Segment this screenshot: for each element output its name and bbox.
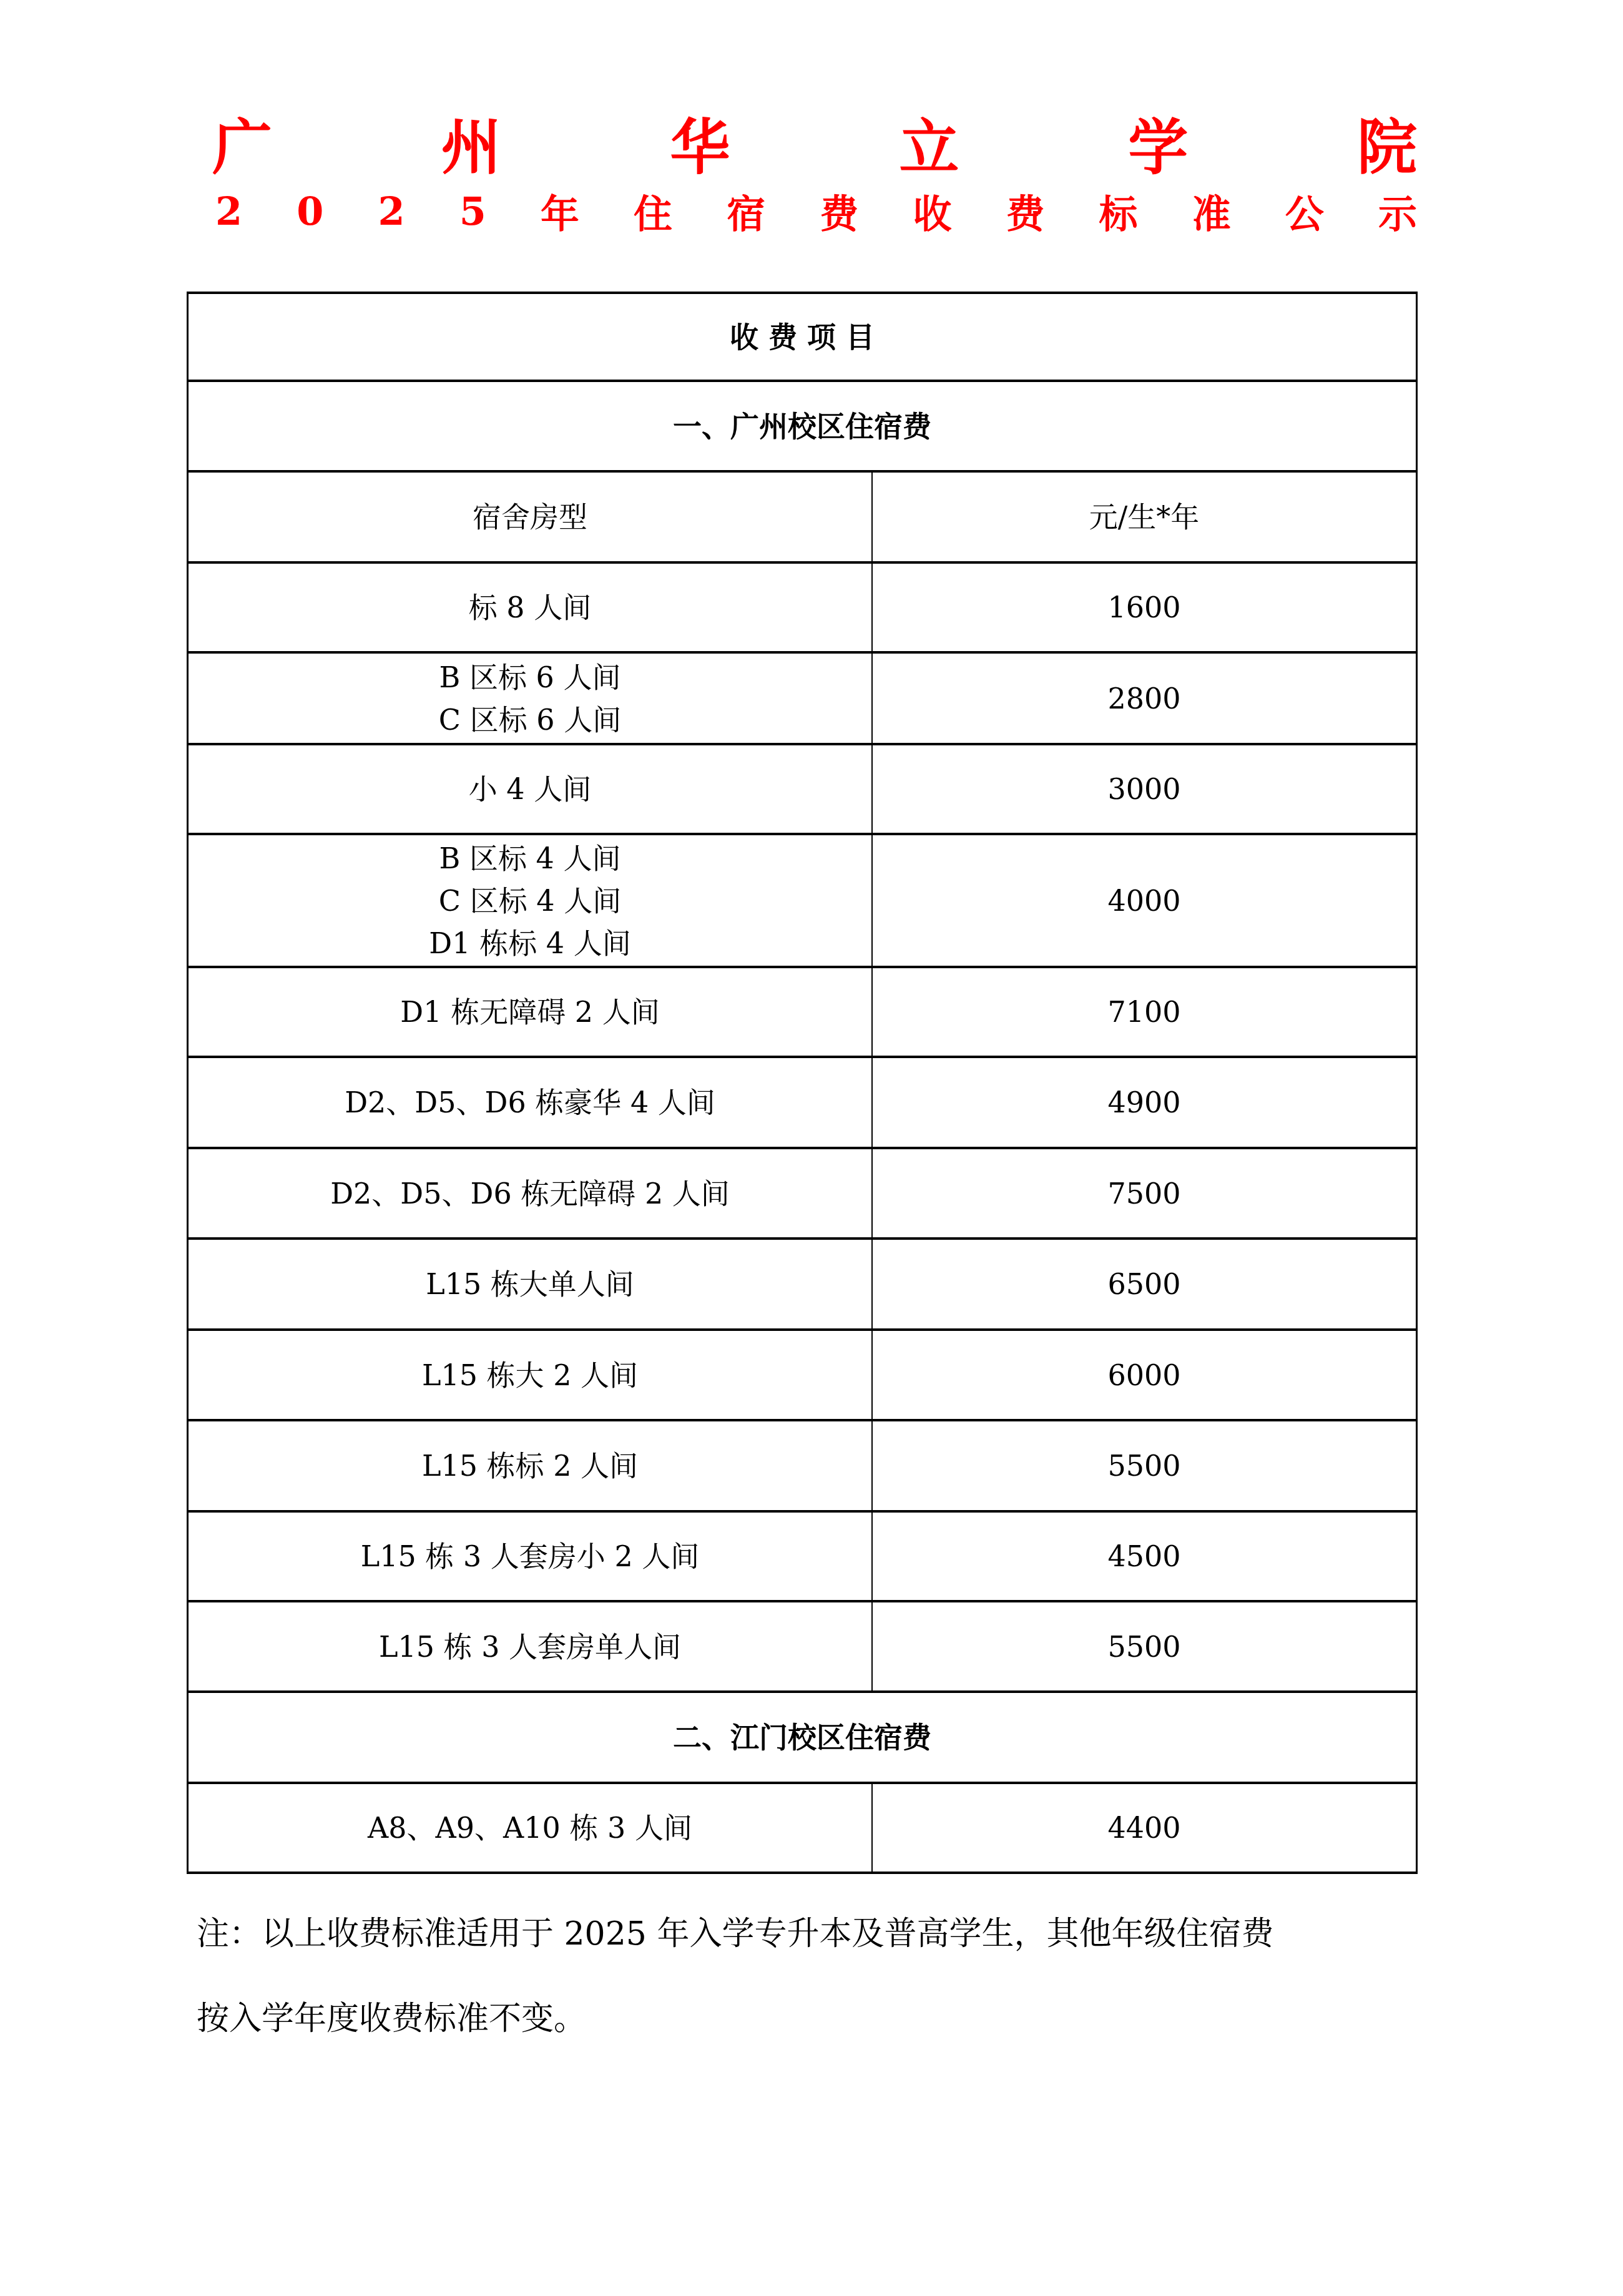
page-subtitle: 2 0 2 5 年 住 宿 费 收 费 标 准 公 示 [215,186,1417,236]
table-row: A8、A9、A10 栋 3 人间 4400 [187,1784,1418,1874]
room-type-cell: D2、D5、D6 栋无障碍 2 人间 [189,1149,873,1237]
room-type-line: B 区标 4 人间 [439,837,621,880]
subtitle-char: 住 [634,184,672,239]
page-title-institution: 广 州 华 立 学 院 [212,105,1417,180]
subtitle-char: 准 [1192,184,1231,239]
room-type-line: B 区标 6 人间 [439,656,621,699]
room-type-cell: D2、D5、D6 栋豪华 4 人间 [189,1058,873,1147]
room-type-line: D1 栋无障碍 2 人间 [400,991,659,1033]
table-row: 小 4 人间 3000 [187,745,1418,835]
room-type-cell: L15 栋 3 人套房小 2 人间 [189,1513,873,1600]
table-header-row: 收 费 项 目 [187,292,1418,382]
subtitle-char: 宿 [727,184,765,239]
room-type-line: 标 8 人间 [469,586,592,629]
title-char: 院 [1357,100,1417,185]
fee-cell: 6500 [873,1240,1416,1328]
fee-cell: 4500 [873,1513,1416,1600]
subtitle-char: 标 [1099,184,1138,239]
column-header-fee: 元/生*年 [873,473,1416,561]
room-type-line: C 区标 6 人间 [439,699,621,741]
room-type-line: L15 栋大 2 人间 [422,1354,638,1396]
subtitle-char: 0 [297,189,323,234]
room-type-line: D2、D5、D6 栋无障碍 2 人间 [330,1172,730,1215]
section-title-jiangmen: 二、江门校区住宿费 [189,1693,1416,1782]
title-char: 华 [670,100,730,185]
table-row: L15 栋 3 人套房小 2 人间 4500 [187,1513,1418,1602]
table-row: L15 栋大 2 人间 6000 [187,1331,1418,1421]
table-header: 收 费 项 目 [189,294,1416,380]
fee-cell: 5500 [873,1421,1416,1510]
fee-cell: 4400 [873,1784,1416,1872]
section-header-row: 一、广州校区住宿费 [187,382,1418,473]
footnote: 注：以上收费标准适用于 2025 年入学专升本及普高学生，其他年级住宿费 按入学… [197,1891,1433,2061]
title-char: 广 [212,100,272,185]
title-char: 州 [441,100,501,185]
subtitle-char: 2 [215,189,242,234]
fee-cell: 7500 [873,1149,1416,1237]
title-char: 学 [1128,100,1188,185]
room-type-line: L15 栋大单人间 [426,1263,634,1305]
footnote-line: 按入学年度收费标准不变。 [197,1976,1433,2061]
title-char: 立 [899,100,959,185]
subtitle-char: 年 [541,184,579,239]
subtitle-char: 费 [1006,184,1044,239]
subtitle-char: 5 [459,189,486,234]
fee-cell: 4900 [873,1058,1416,1147]
table-row: 标 8 人间 1600 [187,564,1418,654]
room-type-line: D1 栋标 4 人间 [429,922,630,964]
room-type-cell: L15 栋 3 人套房单人间 [189,1602,873,1690]
room-type-line: D2、D5、D6 栋豪华 4 人间 [345,1081,715,1124]
table-row: D2、D5、D6 栋豪华 4 人间 4900 [187,1058,1418,1149]
room-type-line: L15 栋标 2 人间 [422,1445,638,1487]
section-title-guangzhou: 一、广州校区住宿费 [189,382,1416,470]
room-type-line: 小 4 人间 [469,768,592,810]
room-type-cell: L15 栋大 2 人间 [189,1331,873,1419]
fee-cell: 6000 [873,1331,1416,1419]
column-header-room-type: 宿舍房型 [189,473,873,561]
room-type-line: C 区标 4 人间 [439,880,621,922]
room-type-cell: A8、A9、A10 栋 3 人间 [189,1784,873,1872]
room-type-cell: L15 栋大单人间 [189,1240,873,1328]
section-header-row: 二、江门校区住宿费 [187,1693,1418,1784]
room-type-cell: 小 4 人间 [189,745,873,833]
subtitle-char: 费 [820,184,858,239]
room-type-cell: B 区标 4 人间 C 区标 4 人间 D1 栋标 4 人间 [189,835,873,966]
fee-cell: 7100 [873,968,1416,1056]
subtitle-char: 公 [1285,184,1324,239]
table-row: B 区标 4 人间 C 区标 4 人间 D1 栋标 4 人间 4000 [187,835,1418,968]
table-row: D2、D5、D6 栋无障碍 2 人间 7500 [187,1149,1418,1240]
room-type-cell: 标 8 人间 [189,564,873,651]
room-type-cell: L15 栋标 2 人间 [189,1421,873,1510]
table-row: D1 栋无障碍 2 人间 7100 [187,968,1418,1058]
table-row: L15 栋大单人间 6500 [187,1240,1418,1331]
room-type-line: L15 栋 3 人套房单人间 [379,1626,681,1668]
column-header-row: 宿舍房型 元/生*年 [187,473,1418,564]
table-row: L15 栋 3 人套房单人间 5500 [187,1602,1418,1693]
fee-cell: 4000 [873,835,1416,966]
room-type-line: L15 栋 3 人套房小 2 人间 [361,1535,700,1577]
table-row: L15 栋标 2 人间 5500 [187,1421,1418,1513]
room-type-cell: B 区标 6 人间 C 区标 6 人间 [189,654,873,743]
room-type-line: A8、A9、A10 栋 3 人间 [368,1807,692,1849]
fee-cell: 5500 [873,1602,1416,1690]
fee-cell: 2800 [873,654,1416,743]
subtitle-char: 2 [378,189,405,234]
table-row: B 区标 6 人间 C 区标 6 人间 2800 [187,654,1418,745]
footnote-line: 注：以上收费标准适用于 2025 年入学专升本及普高学生，其他年级住宿费 [197,1891,1433,1976]
fee-cell: 1600 [873,564,1416,651]
room-type-cell: D1 栋无障碍 2 人间 [189,968,873,1056]
fee-table: 收 费 项 目 一、广州校区住宿费 宿舍房型 元/生*年 标 8 人间 1600… [187,292,1418,1874]
subtitle-char: 收 [913,184,951,239]
fee-cell: 3000 [873,745,1416,833]
subtitle-char: 示 [1378,184,1417,239]
